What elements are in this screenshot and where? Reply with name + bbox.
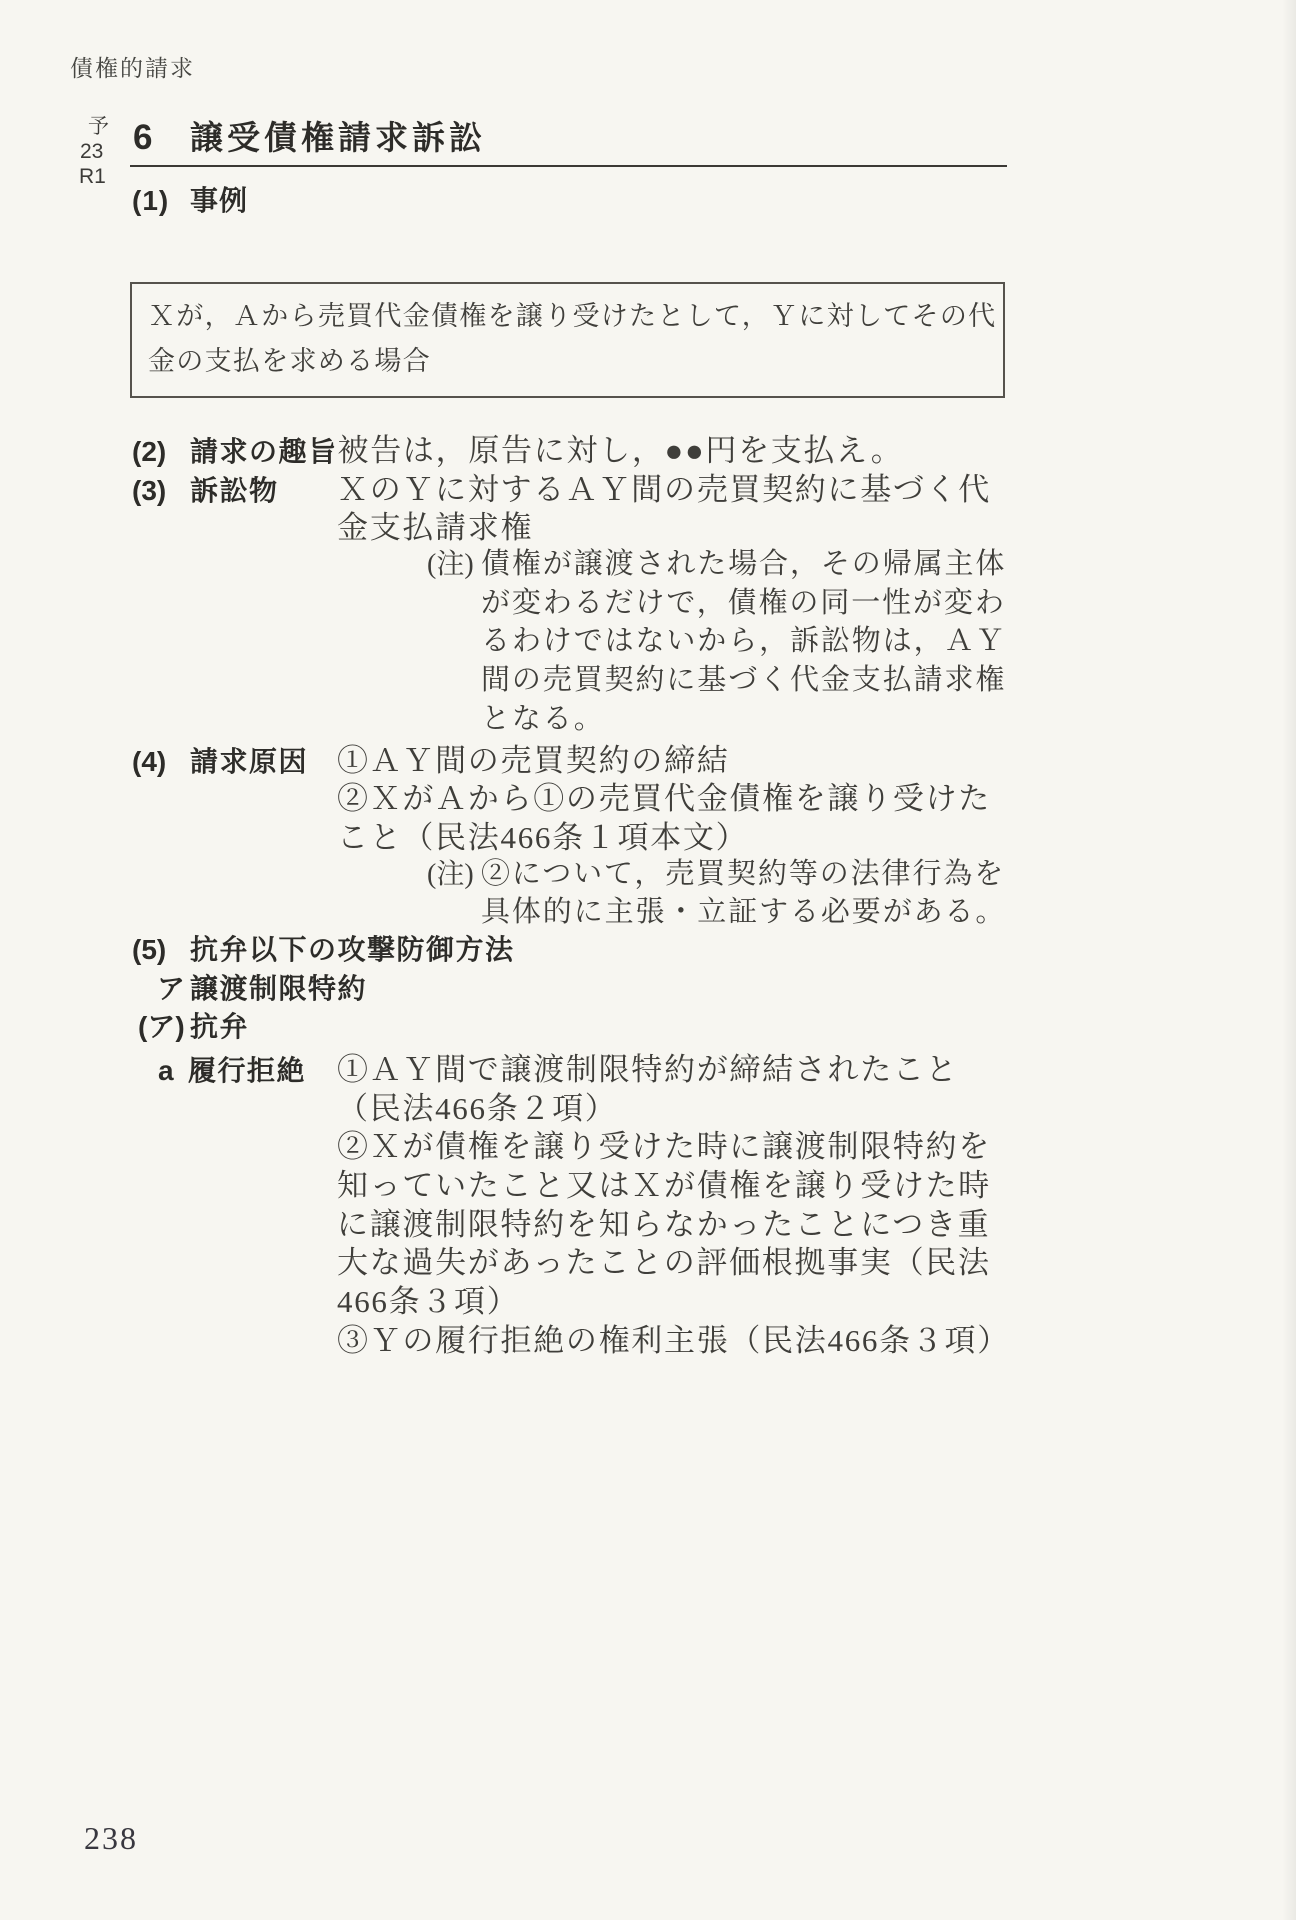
item-label: 請求原因 [190, 740, 308, 780]
section-title: 譲受債権請求訴訟 [190, 118, 486, 158]
item-number: ア [157, 967, 190, 1007]
note-text-line: となる。 [130, 696, 1007, 735]
row-heading: (ア)抗弁 [130, 1005, 337, 1045]
page-number: 238 [84, 1820, 138, 1857]
kouben-heading: (ア)抗弁 [130, 1005, 1007, 1044]
item-label: 訴訟物 [190, 469, 279, 509]
note-text-line: 具体的に主張・立証する必要がある。 [130, 889, 1007, 928]
item-label: 事例 [190, 186, 248, 216]
example-box: Ｘが，Ａから売買代金債権を譲り受けたとして，Ｙに対してその代 金の支払を求める場… [130, 282, 1005, 398]
defense-methods-heading: (5)抗弁以下の攻撃防御方法 [130, 928, 1007, 967]
body-text-line: ②Ｘが債権を譲り受けた時に譲渡制限特約を [130, 1121, 1007, 1160]
performance-refusal-row: a履行拒絶 ①ＡＹ間で譲渡制限特約が締結されたこと [130, 1044, 1007, 1083]
tokuyaku-heading: ア譲渡制限特約 [130, 967, 1007, 1006]
item-number: a [158, 1055, 188, 1087]
body-text-line: 大な過失があったことの評価根拠事実（民法 [130, 1237, 1007, 1276]
running-header: 債権的請求 [70, 50, 195, 83]
margin-note-line: 予 [79, 114, 109, 139]
item-label: 請求の趣旨 [190, 430, 338, 470]
section-heading: 6 譲受債権請求訴訟 [130, 118, 1007, 167]
section-number: 6 [130, 118, 190, 158]
item-number: (2) [130, 436, 190, 468]
claim-purpose-row: (2)請求の趣旨 被告は，原告に対し，●●円を支払え。 [130, 425, 1007, 464]
book-page: 債権的請求 予 23 R1 6 譲受債権請求訴訟 (1) 事例 Ｘが，Ａから売買… [0, 0, 1296, 1920]
note-marker: (注) [427, 852, 481, 892]
margin-note-line: R1 [79, 164, 109, 189]
note-text-line: ②について，売買契約等の法律行為を [481, 851, 1005, 892]
item-label: 抗弁以下の攻撃防御方法 [190, 928, 515, 968]
note-text-line: 間の売買契約に基づく代金支払請求権 [130, 657, 1007, 696]
outline-body: (2)請求の趣旨 被告は，原告に対し，●●円を支払え。 (3)訴訟物 ＸのＹに対… [130, 425, 1007, 1354]
main-column: 6 譲受債権請求訴訟 (1) 事例 Ｘが，Ａから売買代金債権を譲り受けたとして，… [130, 118, 1007, 1354]
row-heading: (3)訴訟物 [130, 469, 337, 509]
exam-year-margin-note: 予 23 R1 [79, 114, 109, 189]
item-number: (5) [130, 934, 190, 966]
note-text-line: 債権が譲渡された場合，その帰属主体 [481, 541, 1006, 582]
body-text-line: ③Ｙの履行拒絶の権利主張（民法466条３項） [130, 1315, 1007, 1354]
item-number: (4) [130, 746, 190, 778]
example-text-line: Ｘが，Ａから売買代金債権を譲り受けたとして，Ｙに対してその代 [148, 294, 987, 339]
row-heading: (4)請求原因 [130, 740, 337, 780]
row-heading: (2)請求の趣旨 [130, 430, 338, 470]
item-number: (3) [130, 475, 190, 507]
item-label: 履行拒絶 [188, 1049, 306, 1089]
item-label: 譲渡制限特約 [190, 967, 367, 1007]
body-text-line: 知っていたこと又はＸが債権を譲り受けた時 [130, 1160, 1007, 1199]
item-number: (1) [130, 186, 190, 216]
example-text-line: 金の支払を求める場合 [148, 339, 987, 384]
case-example-heading: (1) 事例 [130, 186, 1007, 216]
note-marker: (注) [427, 542, 481, 582]
note-text-line: るわけではないから，訴訟物は，ＡＹ [130, 618, 1007, 657]
row-heading: (5)抗弁以下の攻撃防御方法 [130, 928, 515, 968]
row-heading: ア譲渡制限特約 [130, 967, 367, 1007]
note-block: (注) ②について，売買契約等の法律行為を [130, 851, 1007, 890]
item-label: 抗弁 [190, 1005, 249, 1045]
cause-of-claim-row: (4)請求原因 ①ＡＹ間の売買契約の締結 [130, 735, 1007, 774]
margin-note-line: 23 [79, 139, 109, 164]
item-number: (ア) [138, 1005, 190, 1045]
subject-matter-row: (3)訴訟物 ＸのＹに対するＡＹ間の売買契約に基づく代 [130, 464, 1007, 503]
body-text-line: に譲渡制限特約を知らなかったことにつき重 [130, 1199, 1007, 1238]
note-text-line: が変わるだけで，債権の同一性が変わ [130, 580, 1007, 619]
note-block: (注) 債権が譲渡された場合，その帰属主体 [130, 541, 1007, 580]
row-heading: a履行拒絶 [130, 1049, 337, 1089]
